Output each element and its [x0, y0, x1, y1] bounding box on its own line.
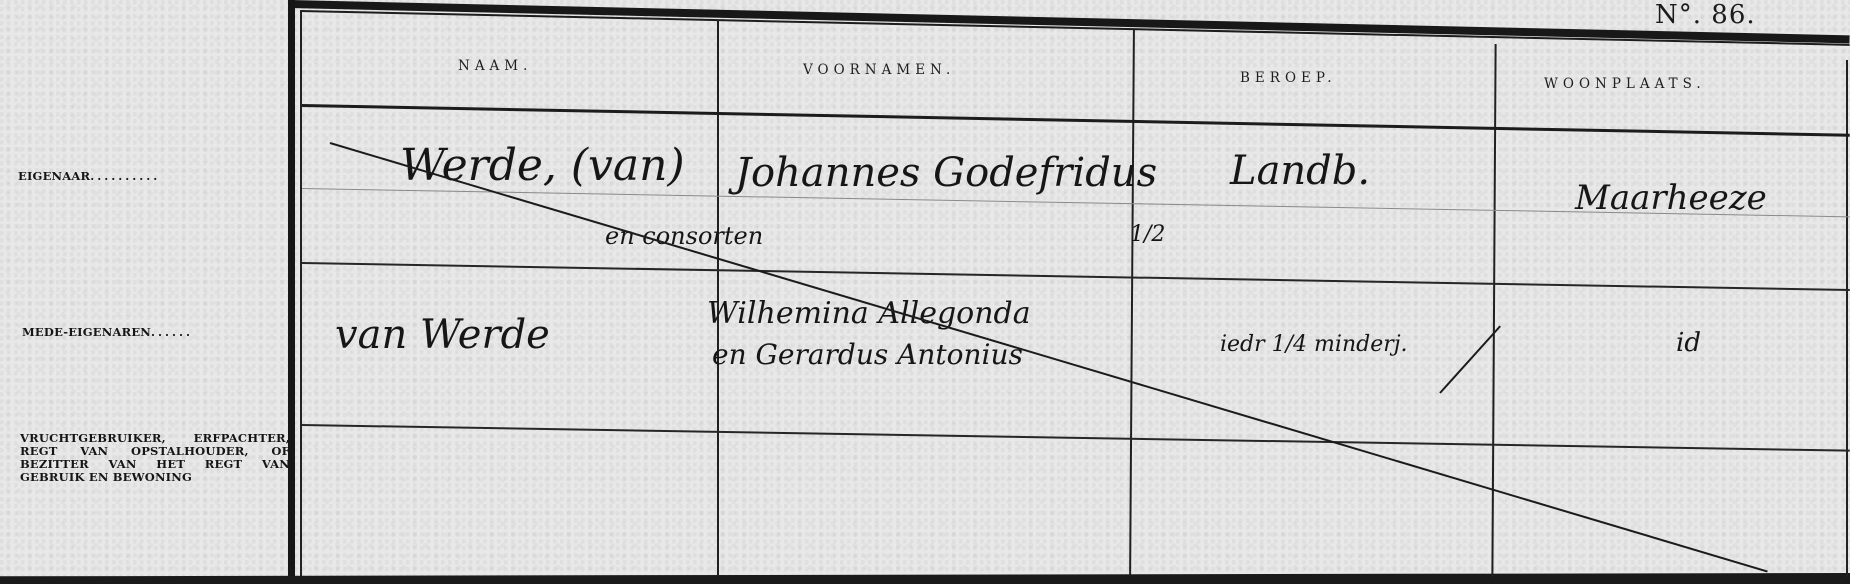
eigenaar-fraction: 1/2 — [1130, 222, 1165, 247]
eigenaar-text: EIGENAAR — [18, 169, 90, 183]
left-border-thick — [288, 0, 295, 577]
mede-eigenaren-woonplaats: id — [1676, 328, 1701, 358]
left-border-thin — [300, 10, 302, 577]
document-number: N°. 86. — [1655, 0, 1756, 30]
mede-eigenaren-beroep: iedr 1/4 minderj. — [1220, 332, 1408, 357]
header-beroep: BEROEP. — [1240, 70, 1337, 86]
mede-eigenaren-voornamen-1: Wilhemina Allegonda — [707, 296, 1031, 331]
header-woonplaats: WOONPLAATS. — [1544, 76, 1706, 92]
leader-dots: .......... — [90, 169, 160, 183]
mede-eigenaren-voornamen-2: en Gerardus Antonius — [712, 338, 1023, 371]
eigenaar-naam-sub: en consorten — [605, 222, 763, 250]
eigenaar-beroep: Landb. — [1230, 148, 1370, 194]
row-label-mede-eigenaren: MEDE-EIGENAREN...... — [22, 325, 193, 339]
mede-eigenaren-text: MEDE-EIGENAREN — [22, 325, 151, 339]
mede-eigenaren-naam: van Werde — [335, 312, 550, 358]
eigenaar-voornamen: Johannes Godefridus — [735, 150, 1157, 196]
row-label-vruchtgebruiker: VRUCHTGEBRUIKER, ERFPACHTER, REGT VAN OP… — [20, 432, 290, 484]
row-label-eigenaar: EIGENAAR.......... — [18, 169, 160, 183]
eigenaar-naam: Werde, (van) — [400, 140, 685, 191]
divider-right-edge — [1846, 60, 1848, 577]
header-voornamen: VOORNAMEN. — [803, 62, 955, 78]
leader-dots: ...... — [151, 325, 193, 339]
header-naam: NAAM. — [458, 58, 532, 74]
eigenaar-woonplaats: Maarheeze — [1575, 178, 1767, 218]
